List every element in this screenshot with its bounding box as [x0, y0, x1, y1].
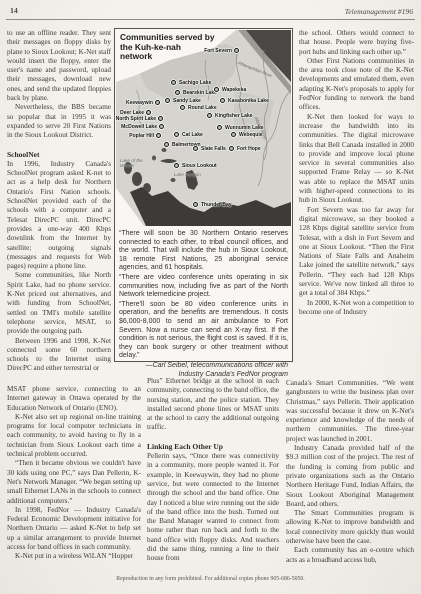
water-label: Lake Nipigon: [174, 172, 208, 177]
community-label: Slate Falls: [201, 146, 226, 152]
left-column-upper: to use an offline reader. They sent thei…: [7, 29, 111, 385]
right-column-upper: the school. Others would connect to that…: [299, 29, 414, 379]
paragraph: Some communities, like North Spirit Lake…: [7, 271, 111, 336]
section-heading: Linking Each Other Up: [147, 442, 279, 451]
community-marker-icon: [217, 125, 223, 131]
community-marker-icon: [193, 202, 199, 208]
river-label: Attawapiskat River: [237, 60, 273, 78]
community-marker-icon: [175, 90, 181, 96]
community-label: Sandy Lake: [173, 98, 201, 104]
map-graphic: Fort SevernSachigo LakeBearskin LakeWape…: [116, 30, 291, 226]
paragraph: Between 1996 and 1998, K-Net connected s…: [7, 337, 111, 374]
paragraph: In 1998, FedNor — Industry Canada's Fede…: [7, 506, 141, 552]
paragraph: K-Net then looked for ways to increase t…: [299, 113, 414, 206]
middle-column-lower: Plus” Ethernet bridge at the school in e…: [147, 377, 279, 565]
section-heading: SchoolNet: [7, 150, 111, 159]
header-rule: [6, 19, 415, 20]
left-column-lower: MSAT phone service, connecting to an Int…: [7, 385, 141, 567]
community-marker-icon: [171, 80, 177, 86]
community-label: McDowell Lake: [121, 124, 157, 130]
paragraph: “There will soon be 30 Northern Ontario …: [119, 230, 288, 273]
community-marker-icon: [214, 87, 220, 93]
paragraph: —Carl Seibel, telecommunications officer…: [119, 362, 288, 371]
paragraph: Pellerin says, “Once there was connectiv…: [147, 452, 279, 564]
community-label: Kingfisher Lake: [215, 113, 253, 119]
community-marker-icon: [146, 110, 152, 116]
community-marker-icon: [165, 98, 171, 104]
community-label: Thunder Bay: [201, 202, 232, 208]
community-marker-icon: [229, 146, 235, 152]
paragraph: K-Net put in a wireless WiLAN “Hopper: [7, 552, 141, 561]
footer-note: Reproduction in any form prohibited. For…: [0, 576, 421, 582]
paragraph: “Then it became obvious we couldn't have…: [7, 459, 141, 505]
community-label: North Spirit Lake: [116, 116, 156, 122]
community-marker-icon: [158, 116, 164, 122]
community-marker-icon: [193, 146, 199, 152]
community-marker-icon: [220, 98, 226, 104]
paragraph: Canada's Smart Communities. “We went gan…: [286, 379, 414, 444]
community-label: Kasabonika Lake: [228, 98, 269, 104]
paragraph: “There are video conference units operat…: [119, 274, 288, 300]
community-label: Fort Hope: [237, 146, 261, 152]
community-marker-icon: [159, 124, 165, 130]
journal-title: Telemanagement #196: [345, 7, 413, 16]
community-marker-icon: [164, 142, 170, 148]
paragraph: Nevertheless, the BBS became so popular …: [7, 103, 111, 140]
paragraph: MSAT phone service, connecting to an Int…: [7, 385, 141, 413]
community-label: Bearskin Lake: [183, 90, 217, 96]
community-marker-icon: [156, 133, 162, 139]
community-marker-icon: [231, 132, 237, 138]
paragraph: Other First Nations communities in the a…: [299, 57, 414, 113]
community-marker-icon: [207, 113, 213, 119]
community-marker-icon: [174, 163, 180, 169]
community-label: Wapekeka: [222, 87, 246, 93]
community-label: Sioux Lookout: [182, 163, 217, 169]
paragraph: In 1996, Industry Canada's SchoolNet pro…: [7, 160, 111, 272]
map-sidebar-box: Fort SevernSachigo LakeBearskin LakeWape…: [114, 28, 293, 362]
community-label: Keewaywin: [126, 100, 153, 106]
community-label: Webequie: [239, 132, 263, 138]
community-label: Sachigo Lake: [179, 80, 211, 86]
map-title: Communities served by the Kuh-ke-nah net…: [120, 33, 215, 62]
paragraph: K-Net also set up regional on-line train…: [7, 413, 141, 459]
paragraph: the school. Others would connect to that…: [299, 29, 414, 57]
paragraph: Industry Canada provided half of the $9.…: [286, 444, 414, 509]
paragraph: Each community has an e-centre which act…: [286, 546, 414, 565]
community-label: Cat Lake: [182, 132, 203, 138]
right-column-lower: Canada's Smart Communities. “We went gan…: [286, 379, 414, 565]
community-marker-icon: [155, 100, 161, 106]
community-label: Round Lake: [188, 105, 217, 111]
paragraph: The Smart Communities program is allowin…: [286, 509, 414, 546]
map-caption: “There will soon be 30 Northern Ontario …: [119, 230, 288, 379]
paragraph: Plus” Ethernet bridge at the school in e…: [147, 377, 279, 433]
community-marker-icon: [174, 132, 180, 138]
community-marker-icon: [180, 105, 186, 111]
water-label: Lake of the Woods: [120, 158, 154, 168]
paragraph: “There'll soon be 80 video conference un…: [119, 301, 288, 361]
magazine-page: 14 Telemanagement #196 to use an offline…: [0, 0, 421, 594]
community-label: Poplar Hill: [129, 133, 154, 139]
paragraph: In 2000, K-Net won a competition to beco…: [299, 299, 414, 318]
community-marker-icon: [234, 48, 240, 54]
page-number: 14: [10, 6, 18, 15]
paragraph: to use an offline reader. They sent thei…: [7, 29, 111, 103]
paragraph: Fort Severn was too far away for digital…: [299, 206, 414, 299]
